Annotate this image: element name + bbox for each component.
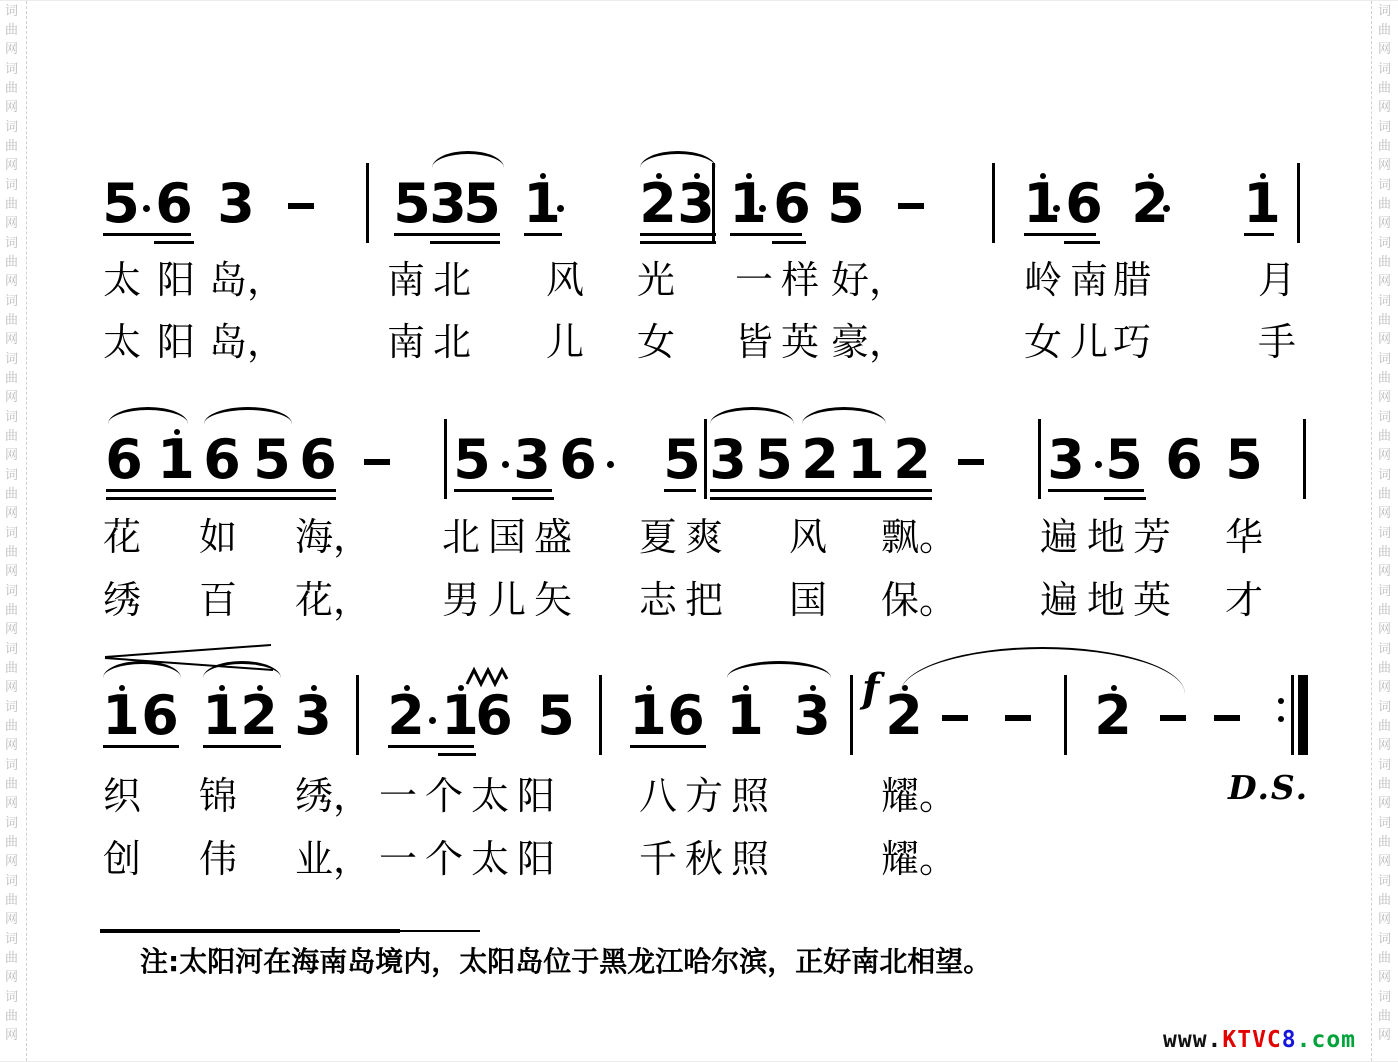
edge-watermark-char: 网 bbox=[1378, 623, 1391, 636]
beam-underline bbox=[640, 241, 716, 244]
lyric-syllable: 一 bbox=[379, 837, 417, 881]
lyric-syllable: 花 bbox=[103, 515, 141, 559]
lyric-syllable: 一 bbox=[379, 774, 417, 818]
note-digit: 1 bbox=[729, 177, 767, 231]
barline bbox=[366, 163, 369, 243]
edge-watermark-char: 词 bbox=[1378, 121, 1391, 134]
barline bbox=[356, 675, 359, 755]
beam-underline bbox=[1048, 489, 1144, 492]
beam-underline bbox=[103, 745, 179, 748]
edge-watermark-char: 曲 bbox=[1378, 82, 1391, 95]
footnote-text: 注:太阳河在海南岛境内，太阳岛位于黑龙江哈尔滨，正好南北相望。 bbox=[140, 945, 991, 979]
edge-watermark-char: 网 bbox=[1378, 971, 1391, 984]
lyric-syllable: 南 bbox=[1070, 258, 1108, 302]
lyric-syllable: 英 bbox=[1133, 578, 1171, 622]
note-digit: 2 bbox=[240, 689, 278, 743]
note-digit: 1 bbox=[157, 433, 195, 487]
site-watermark-segment: 8 bbox=[1282, 1027, 1297, 1053]
edge-watermark-char: 词 bbox=[1378, 759, 1391, 772]
slur-arc bbox=[204, 407, 292, 441]
lyric-syllable: 地 bbox=[1087, 578, 1125, 622]
edge-watermark-char: 网 bbox=[5, 217, 18, 230]
edge-watermark-char: 网 bbox=[5, 333, 18, 346]
note-digit: 5 bbox=[663, 433, 701, 487]
augmentation-dot bbox=[143, 205, 150, 212]
octave-dot bbox=[458, 685, 464, 691]
augmentation-dot bbox=[1095, 461, 1102, 468]
ds-marking: D.S. bbox=[1228, 771, 1309, 804]
edge-watermark-char: 词 bbox=[5, 5, 18, 18]
edge-watermark-char: 词 bbox=[1378, 237, 1391, 250]
lyric-syllable: 如 bbox=[199, 515, 237, 559]
edge-watermark-char: 曲 bbox=[5, 604, 18, 617]
edge-watermark-char: 词 bbox=[1378, 991, 1391, 1004]
note-digit: 6 bbox=[1165, 433, 1203, 487]
edge-watermark-char: 曲 bbox=[1378, 24, 1391, 37]
edge-watermark-char: 网 bbox=[1378, 275, 1391, 288]
note-digit: 5 bbox=[755, 433, 793, 487]
note-digit: 2 bbox=[1131, 177, 1169, 231]
lyric-syllable: 英 bbox=[781, 320, 819, 364]
note-digit: 5 bbox=[453, 433, 491, 487]
edge-watermark-char: 曲 bbox=[5, 1010, 18, 1023]
edge-watermark-char: 词 bbox=[5, 585, 18, 598]
edge-watermark-char: 曲 bbox=[1378, 430, 1391, 443]
edge-watermark-char: 词 bbox=[1378, 411, 1391, 424]
lyric-syllable: 地 bbox=[1087, 515, 1125, 559]
note-digit: 6 bbox=[155, 177, 193, 231]
edge-watermark-char: 曲 bbox=[1378, 488, 1391, 501]
lyric-syllable: 千 bbox=[639, 837, 677, 881]
beam-underline bbox=[394, 233, 500, 236]
edge-watermark-char: 词 bbox=[1378, 643, 1391, 656]
lyric-syllable: 阳 bbox=[517, 774, 555, 818]
note-digit: 6 bbox=[203, 433, 241, 487]
note-digit: 1 bbox=[1243, 177, 1281, 231]
beam-underline bbox=[630, 745, 706, 748]
repeat-dot bbox=[1278, 716, 1284, 722]
note-digit: 3 bbox=[217, 177, 255, 231]
lyric-syllable: 个 bbox=[425, 837, 463, 881]
octave-dot bbox=[1040, 173, 1046, 179]
note-digit: 5 bbox=[1105, 433, 1143, 487]
augmentation-dot bbox=[759, 205, 766, 212]
beam-underline bbox=[730, 233, 802, 236]
octave-dot bbox=[311, 685, 317, 691]
lyric-syllable: 志 bbox=[639, 578, 677, 622]
barline bbox=[444, 419, 447, 499]
note-digit: 3 bbox=[294, 689, 332, 743]
lyric-syllable: 太 bbox=[103, 258, 141, 302]
edge-watermark-char: 词 bbox=[1378, 701, 1391, 714]
lyric-syllable: 手 bbox=[1258, 320, 1296, 364]
edge-watermark-char: 词 bbox=[5, 643, 18, 656]
lyric-syllable: 男 bbox=[442, 578, 480, 622]
edge-watermark-char: 网 bbox=[1378, 855, 1391, 868]
augmentation-dot bbox=[502, 461, 509, 468]
edge-watermark-char: 词 bbox=[1378, 5, 1391, 18]
edge-watermark-char: 网 bbox=[1378, 681, 1391, 694]
beam-underline bbox=[388, 745, 474, 748]
beam-underline bbox=[524, 233, 562, 236]
lyric-syllable: 才 bbox=[1225, 578, 1263, 622]
edge-watermark-char: 网 bbox=[5, 275, 18, 288]
edge-watermark-char: 词 bbox=[5, 933, 18, 946]
edge-watermark-char: 曲 bbox=[1378, 198, 1391, 211]
edge-watermark-char: 网 bbox=[1378, 391, 1391, 404]
extension-dash bbox=[364, 459, 390, 465]
lyric-syllable: 绣 bbox=[103, 578, 141, 622]
note-digit: 5 bbox=[253, 433, 291, 487]
lyric-syllable: 方 bbox=[685, 774, 723, 818]
edge-watermark-char: 曲 bbox=[1378, 1010, 1391, 1023]
edge-watermark-char: 网 bbox=[1378, 43, 1391, 56]
note-digit: 1 bbox=[523, 177, 561, 231]
lyric-syllable: 海， bbox=[295, 515, 371, 559]
beam-underline bbox=[710, 489, 932, 492]
lyric-syllable: 阳 bbox=[517, 837, 555, 881]
lyric-syllable: 阳 bbox=[157, 320, 195, 364]
note-digit: 5 bbox=[1225, 433, 1263, 487]
edge-watermark-char: 网 bbox=[1378, 739, 1391, 752]
beam-underline bbox=[106, 497, 336, 500]
lyric-syllable: 遍 bbox=[1040, 578, 1078, 622]
augmentation-dot bbox=[607, 461, 614, 468]
slur-arc bbox=[432, 151, 504, 185]
barline bbox=[1297, 163, 1300, 243]
lyric-syllable: 岭 bbox=[1024, 258, 1062, 302]
edge-watermark-char: 词 bbox=[5, 353, 18, 366]
lyric-syllable: 个 bbox=[425, 774, 463, 818]
note-digit: 3 bbox=[677, 177, 715, 231]
note-digit: 5 bbox=[393, 177, 431, 231]
extension-dash bbox=[1214, 715, 1240, 721]
edge-watermark-char: 网 bbox=[5, 43, 18, 56]
edge-watermark-char: 曲 bbox=[5, 140, 18, 153]
edge-watermark-char: 网 bbox=[5, 739, 18, 752]
edge-watermark-char: 词 bbox=[1378, 817, 1391, 830]
lyric-syllable: 一 bbox=[735, 258, 773, 302]
lyric-syllable: 遍 bbox=[1040, 515, 1078, 559]
slur-arc bbox=[802, 407, 886, 441]
beam-underline bbox=[1024, 233, 1096, 236]
lyric-syllable: 太 bbox=[471, 774, 509, 818]
lyric-syllable: 巧 bbox=[1113, 320, 1151, 364]
edge-watermark-char: 曲 bbox=[5, 82, 18, 95]
edge-watermark-char: 词 bbox=[5, 237, 18, 250]
edge-watermark-char: 词 bbox=[1378, 179, 1391, 192]
note-digit: 3 bbox=[1047, 433, 1085, 487]
lyric-syllable: 绣， bbox=[295, 774, 371, 818]
octave-dot bbox=[404, 685, 410, 691]
lyric-syllable: 盛 bbox=[534, 515, 572, 559]
edge-watermark-char: 网 bbox=[5, 797, 18, 810]
edge-watermark-char: 词 bbox=[1378, 295, 1391, 308]
note-digit: 6 bbox=[141, 689, 179, 743]
extension-dash bbox=[958, 459, 984, 465]
extension-dash bbox=[898, 203, 924, 209]
edge-watermark-char: 网 bbox=[1378, 565, 1391, 578]
augmentation-dot bbox=[1053, 205, 1060, 212]
lyric-syllable: 芳 bbox=[1133, 515, 1171, 559]
lyric-syllable: 岛， bbox=[209, 258, 285, 302]
edge-watermark-char: 曲 bbox=[5, 372, 18, 385]
lyric-syllable: 好， bbox=[831, 258, 907, 302]
note-digit: 5 bbox=[827, 177, 865, 231]
edge-watermark-char: 曲 bbox=[1378, 836, 1391, 849]
edge-watermark-char: 词 bbox=[5, 411, 18, 424]
edge-watermark-char: 曲 bbox=[5, 24, 18, 37]
lyric-syllable: 保。 bbox=[881, 578, 957, 622]
note-digit: 6 bbox=[559, 433, 597, 487]
edge-watermark-char: 网 bbox=[5, 913, 18, 926]
site-watermark: www.KTVC8.com bbox=[1163, 1029, 1356, 1052]
edge-watermark-char: 词 bbox=[1378, 63, 1391, 76]
lyric-syllable: 矢 bbox=[534, 578, 572, 622]
edge-watermark-char: 曲 bbox=[5, 952, 18, 965]
lyric-syllable: 八 bbox=[639, 774, 677, 818]
lyric-syllable: 耀。 bbox=[881, 774, 957, 818]
lyric-syllable: 北 bbox=[433, 320, 471, 364]
beam-underline bbox=[438, 753, 476, 756]
lyric-syllable: 太 bbox=[471, 837, 509, 881]
edge-watermark-char: 曲 bbox=[5, 662, 18, 675]
edge-watermark-char: 曲 bbox=[1378, 372, 1391, 385]
edge-watermark-char: 词 bbox=[5, 295, 18, 308]
edge-watermark-char: 网 bbox=[5, 681, 18, 694]
edge-watermark-char: 曲 bbox=[1378, 314, 1391, 327]
note-digit: 5 bbox=[102, 177, 140, 231]
edge-watermark-char: 网 bbox=[5, 623, 18, 636]
edge-watermark-char: 词 bbox=[1378, 585, 1391, 598]
beam-underline bbox=[512, 497, 554, 500]
lyric-syllable: 风 bbox=[546, 258, 584, 302]
lyric-syllable: 月 bbox=[1258, 258, 1296, 302]
site-watermark-segment: .com bbox=[1297, 1027, 1356, 1053]
edge-watermark-char: 词 bbox=[1378, 469, 1391, 482]
note-digit: 1 bbox=[1023, 177, 1061, 231]
beam-underline bbox=[454, 489, 552, 492]
edge-watermark-char: 曲 bbox=[1378, 604, 1391, 617]
edge-watermark-char: 词 bbox=[1378, 353, 1391, 366]
lyric-syllable: 伟 bbox=[199, 837, 237, 881]
edge-watermark-char: 曲 bbox=[5, 256, 18, 269]
beam-underline bbox=[154, 241, 194, 244]
lyric-syllable: 南 bbox=[387, 258, 425, 302]
lyric-syllable: 照 bbox=[731, 837, 769, 881]
edge-dashed-line bbox=[26, 1, 27, 1061]
lyric-syllable: 织 bbox=[103, 774, 141, 818]
edge-watermark-char: 网 bbox=[5, 971, 18, 984]
lyric-syllable: 国 bbox=[789, 578, 827, 622]
edge-watermark-char: 网 bbox=[5, 391, 18, 404]
lyric-syllable: 光 bbox=[637, 258, 675, 302]
note-digit: 6 bbox=[1065, 177, 1103, 231]
lyric-syllable: 女 bbox=[1024, 320, 1062, 364]
lyric-syllable: 样 bbox=[781, 258, 819, 302]
lyric-syllable: 锦 bbox=[199, 774, 237, 818]
edge-watermark-char: 曲 bbox=[5, 430, 18, 443]
beam-underline bbox=[710, 497, 932, 500]
note-digit: 6 bbox=[299, 433, 337, 487]
edge-dashed-line bbox=[1371, 1, 1372, 1061]
beam-underline bbox=[430, 241, 500, 244]
lyric-syllable: 儿 bbox=[546, 320, 584, 364]
slur-arc bbox=[108, 407, 188, 441]
edge-watermark-char: 词 bbox=[1378, 875, 1391, 888]
edge-watermark-char: 网 bbox=[1378, 507, 1391, 520]
octave-dot bbox=[1260, 173, 1266, 179]
edge-watermark-char: 词 bbox=[1378, 527, 1391, 540]
beam-underline bbox=[664, 489, 696, 492]
forte-marking: f bbox=[862, 669, 879, 709]
lyric-syllable: 耀。 bbox=[881, 837, 957, 881]
note-digit: 3 bbox=[513, 433, 551, 487]
edge-watermark-char: 词 bbox=[5, 121, 18, 134]
octave-dot bbox=[646, 685, 652, 691]
mordent-icon bbox=[466, 667, 510, 687]
edge-watermark-char: 曲 bbox=[5, 836, 18, 849]
beam-underline bbox=[1064, 241, 1100, 244]
extension-dash bbox=[288, 203, 314, 209]
beam-underline bbox=[1244, 233, 1274, 236]
beam-underline bbox=[106, 489, 336, 492]
edge-watermark-char: 曲 bbox=[5, 894, 18, 907]
edge-watermark-char: 曲 bbox=[5, 314, 18, 327]
augmentation-dot bbox=[557, 205, 564, 212]
edge-watermark-char: 网 bbox=[1378, 217, 1391, 230]
lyric-syllable: 北 bbox=[433, 258, 471, 302]
octave-dot bbox=[1148, 173, 1154, 179]
edge-watermark-char: 曲 bbox=[1378, 894, 1391, 907]
note-digit: 3 bbox=[709, 433, 747, 487]
beam-underline bbox=[772, 241, 806, 244]
edge-watermark-char: 曲 bbox=[5, 720, 18, 733]
barline bbox=[992, 163, 995, 243]
lyric-syllable: 女 bbox=[637, 320, 675, 364]
footnote-rule bbox=[100, 929, 400, 933]
lyric-syllable: 儿 bbox=[488, 578, 526, 622]
lyric-syllable: 阳 bbox=[157, 258, 195, 302]
slur-arc bbox=[727, 661, 831, 695]
edge-watermark-char: 网 bbox=[1378, 159, 1391, 172]
edge-watermark-char: 网 bbox=[5, 101, 18, 114]
edge-watermark-char: 网 bbox=[1378, 449, 1391, 462]
lyric-syllable: 皆 bbox=[735, 320, 773, 364]
edge-watermark-char: 曲 bbox=[5, 488, 18, 501]
note-digit: 2 bbox=[801, 433, 839, 487]
lyric-syllable: 飘。 bbox=[881, 515, 957, 559]
note-digit: 6 bbox=[667, 689, 705, 743]
edge-watermark-char: 词 bbox=[5, 701, 18, 714]
beam-underline bbox=[103, 233, 191, 236]
site-watermark-segment: KTVC bbox=[1222, 1027, 1281, 1053]
augmentation-dot bbox=[429, 717, 436, 724]
edge-watermark-char: 网 bbox=[5, 159, 18, 172]
beam-underline bbox=[203, 745, 281, 748]
repeat-thick-barline bbox=[1298, 675, 1308, 755]
edge-watermark-char: 曲 bbox=[1378, 778, 1391, 791]
note-digit: 5 bbox=[463, 177, 501, 231]
note-digit: 1 bbox=[102, 689, 140, 743]
repeat-dot bbox=[1278, 698, 1284, 704]
octave-dot bbox=[540, 173, 546, 179]
lyric-syllable: 华 bbox=[1225, 515, 1263, 559]
slur-arc bbox=[640, 151, 716, 185]
lyric-syllable: 风 bbox=[789, 515, 827, 559]
barline bbox=[850, 675, 853, 755]
edge-watermark-char: 词 bbox=[5, 991, 18, 1004]
lyric-syllable: 国 bbox=[488, 515, 526, 559]
lyric-syllable: 花， bbox=[295, 578, 371, 622]
crescendo-hairpin bbox=[105, 642, 275, 672]
note-digit: 2 bbox=[387, 689, 425, 743]
lyric-syllable: 豪， bbox=[831, 320, 907, 364]
edge-watermark-char: 网 bbox=[5, 1029, 18, 1042]
note-digit: 2 bbox=[893, 433, 931, 487]
edge-watermark-char: 曲 bbox=[5, 778, 18, 791]
tie-arc bbox=[900, 647, 1185, 741]
edge-watermark-char: 网 bbox=[1378, 797, 1391, 810]
edge-watermark-char: 词 bbox=[1378, 933, 1391, 946]
note-digit: 6 bbox=[773, 177, 811, 231]
edge-watermark-char: 网 bbox=[1378, 913, 1391, 926]
edge-watermark-char: 词 bbox=[5, 875, 18, 888]
lyric-syllable: 腊 bbox=[1113, 258, 1151, 302]
repeat-thin-barline bbox=[1291, 675, 1294, 755]
lyric-syllable: 北 bbox=[442, 515, 480, 559]
edge-watermark-char: 网 bbox=[1378, 333, 1391, 346]
edge-watermark-char: 曲 bbox=[5, 546, 18, 559]
lyric-syllable: 爽 bbox=[685, 515, 723, 559]
note-digit: 6 bbox=[105, 433, 143, 487]
note-digit: 2 bbox=[639, 177, 677, 231]
beam-underline bbox=[640, 233, 716, 236]
edge-watermark-char: 曲 bbox=[1378, 546, 1391, 559]
edge-watermark-char: 词 bbox=[5, 179, 18, 192]
edge-watermark-char: 网 bbox=[5, 449, 18, 462]
note-digit: 1 bbox=[629, 689, 667, 743]
lyric-syllable: 创 bbox=[103, 837, 141, 881]
edge-watermark-char: 曲 bbox=[5, 198, 18, 211]
edge-watermark-char: 网 bbox=[5, 507, 18, 520]
edge-watermark-char: 曲 bbox=[1378, 256, 1391, 269]
lyric-syllable: 百 bbox=[199, 578, 237, 622]
edge-watermark-char: 网 bbox=[1378, 1029, 1391, 1042]
lyric-syllable: 南 bbox=[387, 320, 425, 364]
edge-watermark-char: 词 bbox=[5, 817, 18, 830]
note-digit: 1 bbox=[202, 689, 240, 743]
octave-dot bbox=[746, 173, 752, 179]
note-digit: 3 bbox=[429, 177, 467, 231]
note-digit: 1 bbox=[441, 689, 479, 743]
note-digit: 5 bbox=[537, 689, 575, 743]
lyric-syllable: 岛， bbox=[209, 320, 285, 364]
edge-watermark-char: 曲 bbox=[1378, 662, 1391, 675]
beam-underline bbox=[1104, 497, 1146, 500]
edge-watermark-char: 网 bbox=[5, 565, 18, 578]
barline bbox=[1038, 419, 1041, 499]
site-watermark-segment: www. bbox=[1163, 1027, 1222, 1053]
lyric-syllable: 夏 bbox=[639, 515, 677, 559]
lyric-syllable: 业， bbox=[295, 837, 371, 881]
barline bbox=[1303, 419, 1306, 499]
lyric-syllable: 儿 bbox=[1070, 320, 1108, 364]
edge-watermark-char: 词 bbox=[5, 527, 18, 540]
edge-watermark-char: 网 bbox=[1378, 101, 1391, 114]
edge-watermark-char: 词 bbox=[5, 63, 18, 76]
edge-watermark-char: 曲 bbox=[1378, 140, 1391, 153]
